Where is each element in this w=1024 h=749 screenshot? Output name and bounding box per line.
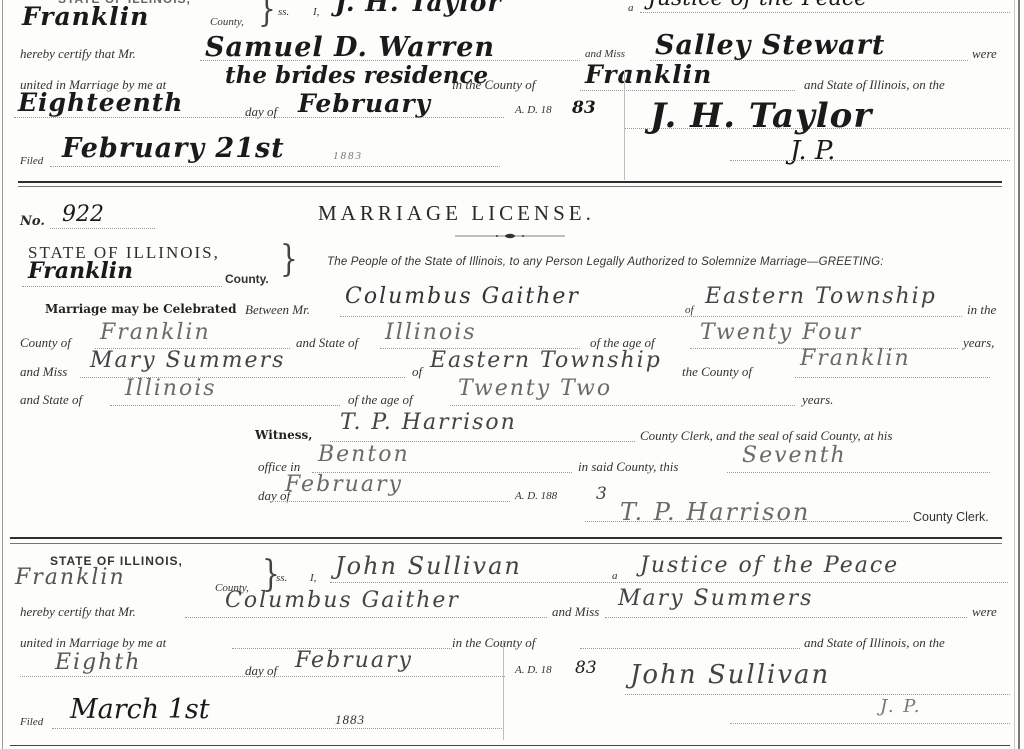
between-label: Between Mr. — [245, 302, 310, 318]
officiant-name: John Sullivan — [335, 552, 522, 580]
groom-state: Illinois — [385, 320, 477, 345]
filed-label: Filed — [20, 716, 43, 728]
county-name: Franklin — [15, 565, 126, 590]
were-label: were — [972, 46, 997, 62]
clerk-title: County Clerk. — [913, 510, 989, 524]
marriage-month: February — [298, 89, 431, 118]
license-bride: Mary Summers — [90, 348, 285, 373]
state-of-label: and State of — [296, 335, 358, 351]
section-divider — [10, 537, 1002, 539]
officiant-name: J. H. Taylor — [335, 0, 502, 17]
clerk-name: T. P. Harrison — [340, 410, 517, 435]
marriage-record-page: STATE OF ILLINOIS, Franklin County, } ss… — [0, 0, 1024, 749]
groom-name: Samuel D. Warren — [205, 32, 495, 63]
issue-day: Seventh — [742, 443, 847, 468]
marriage-county: Franklin — [585, 60, 712, 89]
page-right-edge-inner — [1014, 0, 1015, 749]
a-label: a — [628, 2, 634, 14]
officiant-signature: John Sullivan — [630, 660, 830, 690]
county-name: Franklin — [22, 2, 149, 31]
bride-name: Salley Stewart — [655, 30, 885, 61]
ss-label: ss. — [276, 572, 287, 584]
license-number-label: No. — [20, 214, 45, 229]
celebrated-label: Marriage may be Celebrated — [45, 302, 237, 316]
certify-label: hereby certify that Mr. — [20, 604, 136, 620]
page-bottom-rule — [10, 745, 1010, 746]
and-miss-label: and Miss — [20, 364, 67, 380]
license-groom: Columbus Gaither — [345, 284, 580, 309]
groom-name: Columbus Gaither — [225, 588, 460, 613]
marriage-place: the brides residence — [225, 62, 488, 89]
ad-label: A. D. 18 — [515, 104, 552, 116]
license-county-name: Franklin — [28, 258, 133, 284]
state-label: and State of Illinois, on the — [804, 77, 945, 93]
officiant-signature-title: J. P. — [790, 136, 835, 166]
state-label: and State of Illinois, on the — [804, 635, 945, 651]
page-left-edge — [2, 0, 3, 749]
in-the-label: in the — [967, 302, 996, 318]
marriage-month: February — [295, 648, 413, 673]
filed-date: March 1st — [70, 694, 210, 725]
marriage-day: Eighteenth — [18, 88, 183, 117]
bride-years-label: years. — [802, 392, 833, 408]
brace: } — [258, 0, 276, 30]
license-county-label: County. — [225, 272, 269, 286]
filed-year: 1883 — [333, 150, 363, 162]
united-label: united in Marriage by me at — [20, 635, 166, 651]
of-label: of — [685, 304, 694, 316]
filed-label: Filed — [20, 155, 43, 167]
brace: } — [280, 237, 298, 280]
title-ornament — [455, 233, 565, 239]
bride-state-label: and State of — [20, 392, 82, 408]
marriage-day: Eighth — [55, 650, 141, 675]
were-label: were — [972, 604, 997, 620]
bride-state: Illinois — [125, 376, 217, 401]
groom-county: Franklin — [100, 320, 211, 345]
groom-residence: Eastern Township — [705, 284, 937, 309]
section-divider — [18, 181, 1002, 183]
officiant-title: Justice of the Peace — [640, 553, 899, 578]
license-number: 922 — [62, 202, 104, 227]
issue-year-suffix: 3 — [596, 484, 607, 504]
ad-label: A. D. 18 — [515, 664, 552, 676]
in-county-label: in the County of — [452, 635, 535, 651]
years-label: years, — [963, 335, 994, 351]
officiant-title: Justice of the Peace — [648, 0, 867, 11]
marriage-year-suffix: 83 — [575, 658, 597, 678]
officiant-signature: J. H. Taylor — [650, 96, 872, 136]
filed-date: February 21st — [62, 133, 285, 164]
license-greeting: The People of the State of Illinois, to … — [327, 256, 884, 268]
county-of-label: County of — [20, 335, 71, 351]
office-city: Benton — [318, 442, 410, 467]
in-county-label: in the County of — [452, 77, 535, 93]
issue-month: February — [285, 472, 403, 497]
filed-year: 1883 — [335, 712, 365, 728]
bride-name: Mary Summers — [618, 586, 813, 611]
bride-county: Franklin — [800, 346, 911, 371]
certify-label: hereby certify that Mr. — [20, 46, 136, 62]
and-miss-label: and Miss — [585, 48, 625, 60]
clerk-text: County Clerk, and the seal of said Count… — [640, 428, 892, 444]
said-county-label: in said County, this — [578, 459, 678, 475]
bride-age-label: of the age of — [348, 392, 413, 408]
i-label: I, — [310, 572, 316, 584]
license-title: MARRIAGE LICENSE. — [318, 201, 595, 226]
county-label: County, — [210, 16, 244, 28]
officiant-signature-title: J. P. — [880, 696, 921, 717]
ad-label: A. D. 188 — [515, 490, 557, 502]
bride-residence: Eastern Township — [430, 348, 662, 373]
ss-label: ss. — [278, 6, 289, 18]
i-label: I, — [313, 6, 319, 18]
bride-age: Twenty Two — [458, 376, 612, 401]
and-miss-label: and Miss — [552, 604, 599, 620]
marriage-year-suffix: 83 — [572, 98, 596, 118]
witness-label: Witness, — [255, 428, 312, 442]
page-right-edge — [1018, 0, 1020, 749]
the-county-of-label: the County of — [682, 364, 752, 380]
groom-age: Twenty Four — [700, 320, 862, 345]
a-label: a — [612, 570, 618, 582]
bride-of-label: of — [412, 364, 422, 380]
